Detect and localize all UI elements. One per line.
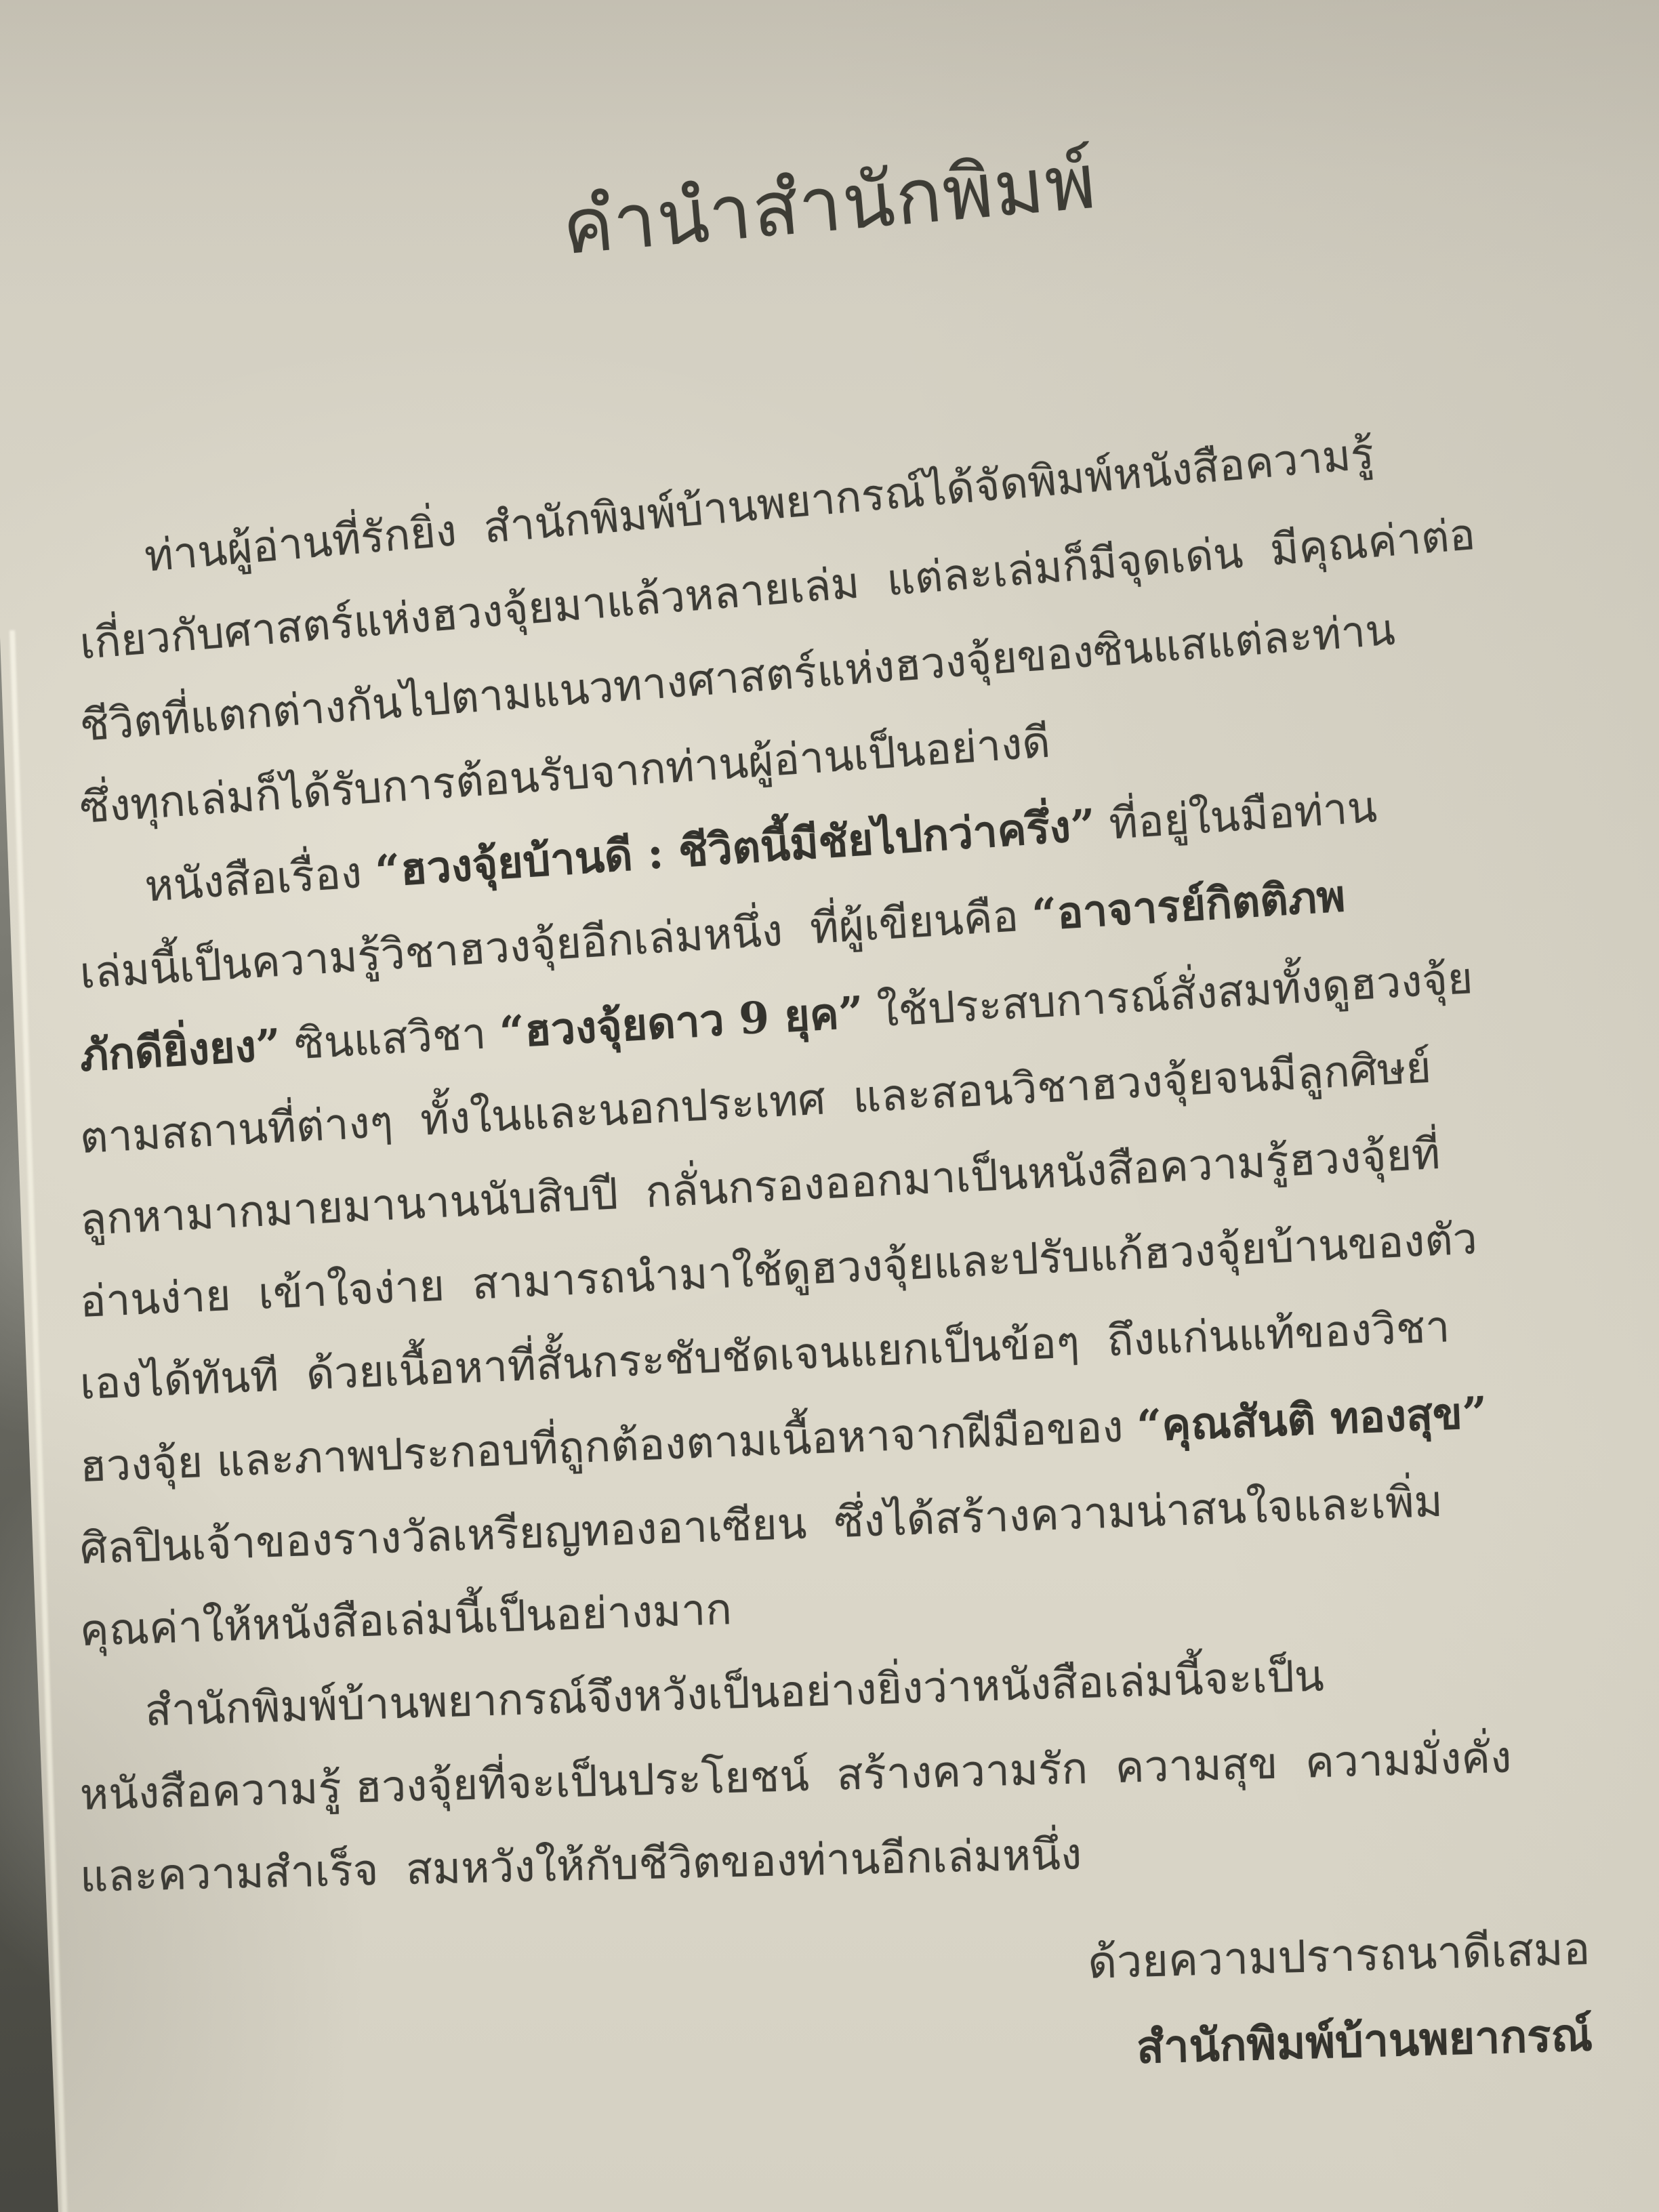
page-edge-highlight xyxy=(9,630,68,2212)
text-segment: และความสำเร็จ สมหวังให้กับชีวิตของท่านอี… xyxy=(79,1829,1082,1902)
artist-name-emphasis: “คุณสันติ ทองสุข” xyxy=(1136,1387,1488,1452)
preface-text: ท่านผู้อ่านที่รักยิ่ง สำนักพิมพ์บ้านพยาก… xyxy=(80,522,1639,1919)
photo-background: คำนำสำนักพิมพ์ ท่านผู้อ่านที่รักยิ่ง สำน… xyxy=(0,0,1659,2212)
book-page: คำนำสำนักพิมพ์ ท่านผู้อ่านที่รักยิ่ง สำน… xyxy=(0,0,1659,2212)
text-segment: สำนักพิมพ์บ้านพยากรณ์ xyxy=(1136,2008,1593,2074)
page-title: คำนำสำนักพิมพ์ xyxy=(0,72,1659,337)
author-name-emphasis: “อาจารย์กิตติภพ xyxy=(1031,871,1347,941)
signoff-block: ด้วยความปรารถนาดีเสมอ สำนักพิมพ์บ้านพยาก… xyxy=(0,1906,1594,2122)
text-segment: คุณค่าให้หนังสือเล่มนี้เป็นอย่างมาก xyxy=(79,1584,733,1656)
text-segment: หนังสือเรื่อง xyxy=(143,847,377,912)
author-name-emphasis: ภักดียิ่งยง” xyxy=(79,1019,283,1081)
text-segment: ที่อยู่ในมือท่าน xyxy=(1094,782,1378,851)
text-segment: ใช้ประสบการณ์สั่งสมทั้งดูฮวงจุ้ย xyxy=(862,954,1474,1038)
text-segment: ด้วยความปรารถนาดีเสมอ xyxy=(1087,1923,1591,1989)
discipline-name-emphasis: “ฮวงจุ้ยดาว 9 ยุค” xyxy=(498,987,865,1058)
text-segment: ซินแสวิชา xyxy=(279,1008,501,1070)
